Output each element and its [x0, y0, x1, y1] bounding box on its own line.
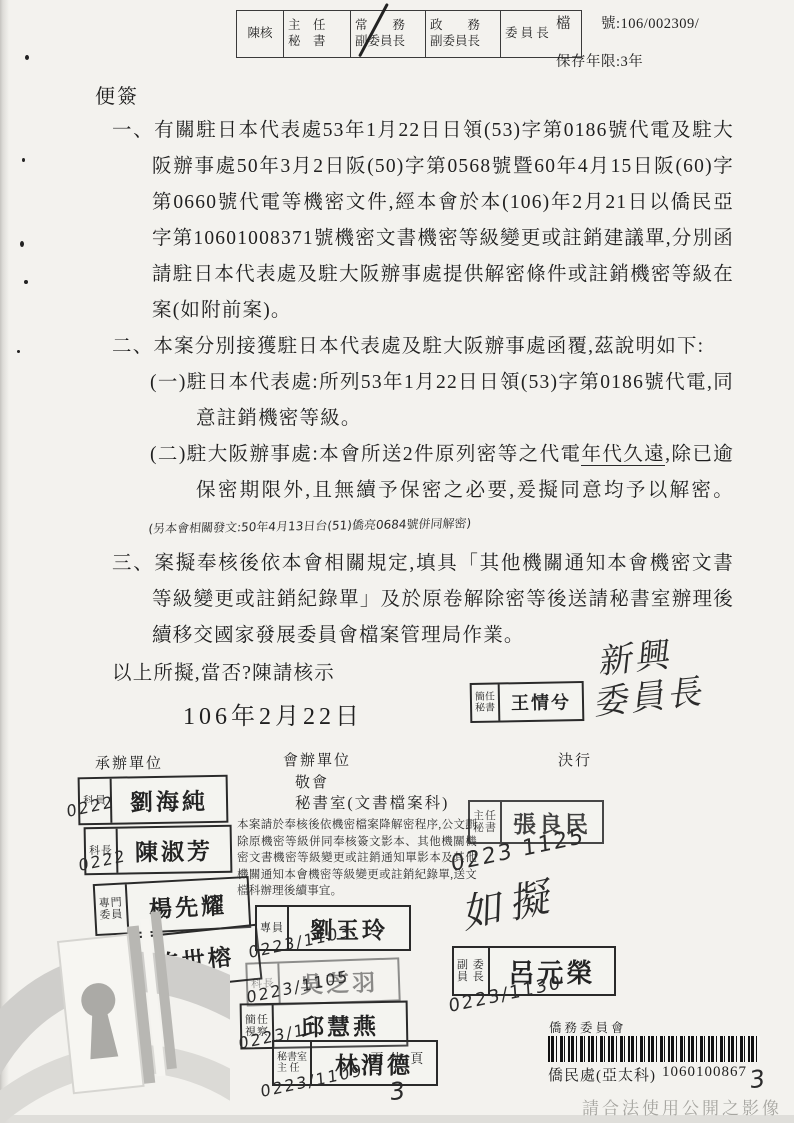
page-info: 1頁 共1頁 — [363, 1048, 424, 1067]
paragraph-2-1: (一)駐日本代表處:所列53年1月22日日領(53)字第0186號代電,同意註銷… — [150, 365, 734, 437]
archives-logo-watermark — [0, 890, 230, 1123]
grid-cell-reviewer: 陳核 — [237, 11, 283, 57]
section-decision: 決行 — [558, 749, 592, 770]
stamp-title-line: 副 委 — [457, 959, 485, 972]
stamp-name: 劉海純 — [112, 777, 227, 823]
scan-speck — [25, 55, 29, 60]
grid-cell-chief-secretary: 主 任 秘 書 — [283, 11, 350, 57]
grid-col-bottom: 副委員長 — [430, 34, 496, 50]
stamp-title-line: 簡任 — [475, 692, 495, 703]
stamp-name: 陳淑芳 — [118, 827, 231, 873]
para-text: 駐日本代表處:所列53年1月22日日領(53)字第0186號代電,同意註銷機密等… — [187, 372, 734, 429]
doc-title: 便簽 — [95, 80, 139, 109]
retention-label: 保存年限: — [556, 54, 621, 70]
file-no-value: 106/002309/ — [621, 16, 700, 32]
paragraph-1: 一、有關駐日本代表處53年1月22日日領(53)字第0186號代電及駐大阪辦事處… — [112, 113, 734, 329]
stamp-title: 簡任秘書 — [472, 684, 501, 720]
para-text: 駐大阪辦事處:本會所送2件原列密等之代電 — [187, 444, 582, 465]
file-number-line: 檔 號:106/002309/ — [556, 12, 699, 33]
grid-col-bottom: 秘 書 — [288, 34, 346, 50]
paragraph-2: 二、本案分別接獲駐日本代表處及駐大阪辦事處函覆,茲說明如下: — [112, 329, 734, 365]
stamp-title-line: 專員 — [260, 922, 284, 935]
footer-doc-number: 1060100867 — [662, 1064, 747, 1081]
file-number-block: 檔 號:106/002309/ 保存年限:3年 — [556, 12, 699, 71]
scanned-memo-page: 陳核 主 任 秘 書 常 務 副委員長 政 務 副委員長 委 員 長 檔 號:1… — [0, 0, 794, 1123]
stamp-title-line: 秘書室 — [277, 1052, 307, 1063]
para-marker: 二、 — [112, 336, 153, 357]
handwritten-page-number: 3 — [389, 1076, 405, 1106]
handwritten-approval: 如擬 — [464, 862, 560, 941]
document-barcode — [548, 1036, 760, 1062]
scan-speck — [22, 158, 25, 162]
stamp-name: 王情兮 — [500, 683, 583, 720]
scan-speck — [20, 241, 24, 247]
grid-col-top: 主 任 — [288, 18, 346, 34]
section-co-handling-unit: 會辦單位 — [283, 749, 351, 770]
scan-speck — [17, 350, 20, 353]
footer-agency: 僑務委員會 — [549, 1018, 627, 1036]
chairman-signature: 新興 委員長 — [593, 630, 712, 723]
para-marker: (一) — [150, 372, 187, 393]
co-handling-respect: 敬會 — [295, 771, 329, 792]
co-handling-note: 本案請於奉核後依機密檔案降解密程序,公文劃除原機密等級併同奉核簽文影本、其他機關… — [237, 817, 477, 900]
co-handling-secretariat: 秘書室(文書檔案科) — [295, 791, 449, 813]
scan-speck — [24, 280, 28, 284]
para-marker: 一、 — [112, 120, 154, 141]
footer-department: 僑民處(亞太科) — [548, 1064, 656, 1085]
memo-body: 一、有關駐日本代表處53年1月22日日領(53)字第0186號代電及駐大阪辦事處… — [112, 113, 734, 692]
grid-cell-political-vice-chair: 政 務 副委員長 — [425, 11, 500, 57]
para-marker: 三、 — [112, 553, 154, 574]
approval-grid: 陳核 主 任 秘 書 常 務 副委員長 政 務 副委員長 委 員 長 — [236, 10, 582, 58]
para-text: 有關駐日本代表處53年1月22日日領(53)字第0186號代電及駐大阪辦事處50… — [152, 120, 734, 321]
section-undertaking-unit: 承辦單位 — [95, 752, 163, 773]
stamp-senior-secretary: 簡任秘書 王情兮 — [470, 681, 585, 723]
para-text: 案擬奉核後依本會相關規定,填具「其他機關通知本會機密文書等級變更或註銷紀錄單」及… — [152, 553, 734, 646]
stamp-title-line: 秘書 — [475, 703, 495, 714]
stamp-title-line: 主任 — [473, 810, 497, 823]
paragraph-2-2: (二)駐大阪辦事處:本會所送2件原列密等之代電年代久遠,除已逾保密期限外,且無續… — [150, 437, 734, 546]
para-marker: (二) — [150, 444, 187, 465]
logo-book — [56, 911, 178, 1093]
stamp-title-line: 員 長 — [457, 971, 485, 984]
usage-watermark-text: 請合法使用公開之影像 — [582, 1094, 782, 1119]
grid-reviewer-label: 陳核 — [247, 26, 272, 42]
handwritten-page-number-corner: 3 — [749, 1064, 765, 1094]
stamp-title-line: 簡任 — [245, 1013, 269, 1026]
memo-date: 106年2月22日 — [183, 696, 363, 731]
grid-col-top: 政 務 — [430, 18, 496, 34]
stamp-title: 主任秘書 — [470, 802, 502, 842]
file-no-label: 檔 號: — [556, 16, 621, 32]
underlined-text: 年代久遠 — [581, 444, 665, 466]
handwritten-margin-note: (另本會相關發文:50年4月13日台(51)僑亮0684號併同解密) — [193, 505, 473, 546]
retention-value: 3年 — [621, 54, 644, 70]
retention-line: 保存年限:3年 — [556, 50, 699, 71]
grid-col-top: 常 務 — [355, 18, 421, 34]
stamp-title-line: 秘書 — [473, 822, 497, 835]
para-text: 本案分別接獲駐日本代表處及駐大阪辦事處函覆,茲說明如下: — [153, 336, 704, 357]
